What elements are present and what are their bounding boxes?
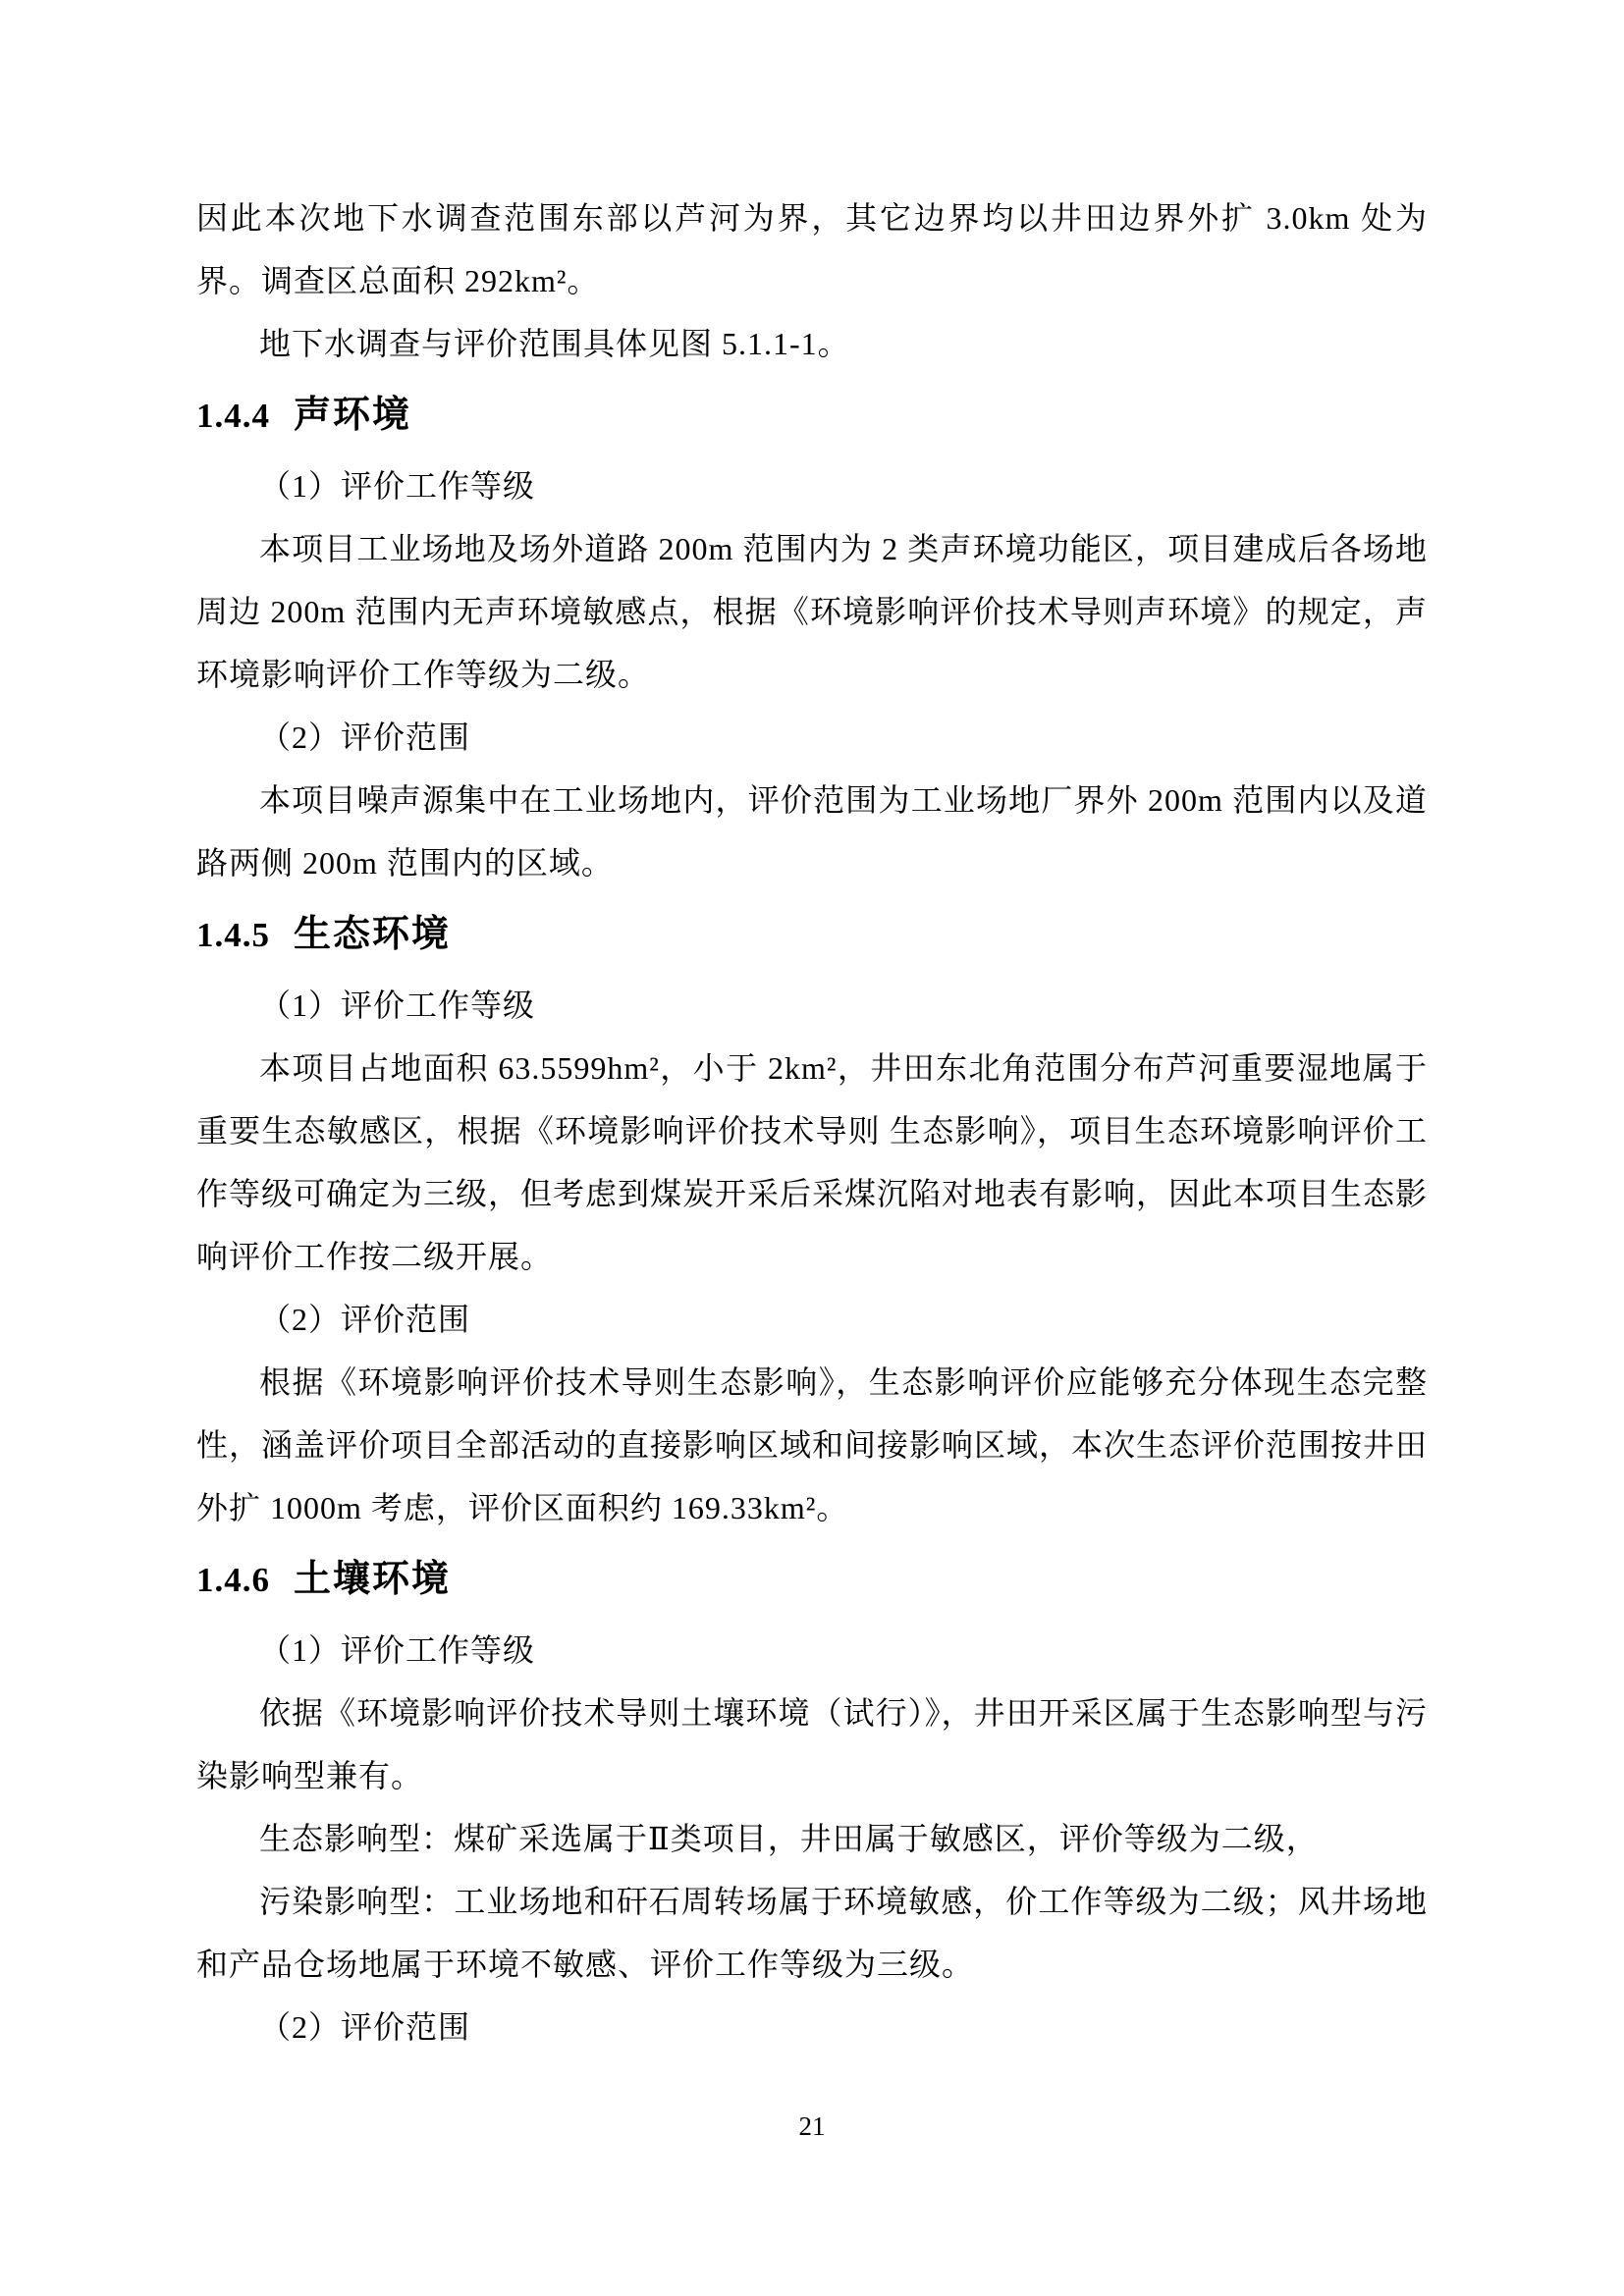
section-heading-1-4-6: 1.4.6土壤环境 bbox=[196, 1545, 1428, 1615]
paragraph-soil-ecology-type: 生态影响型：煤矿采选属于Ⅱ类项目，井田属于敏感区，评价等级为二级， bbox=[196, 1807, 1428, 1870]
section-heading-1-4-5: 1.4.5生态环境 bbox=[196, 900, 1428, 970]
paragraph-soil-pollution-type: 污染影响型：工业场地和矸石周转场属于环境敏感，价工作等级为二级；风井场地和产品仓… bbox=[196, 1870, 1428, 1996]
paragraph-groundwater-boundary: 因此本次地下水调查范围东部以芦河为界，其它边界均以井田边界外扩 3.0km 处为… bbox=[196, 187, 1428, 312]
paragraph-noise-scope-label: （2）评价范围 bbox=[196, 706, 1428, 769]
section-number: 1.4.5 bbox=[196, 916, 270, 954]
section-heading-1-4-4: 1.4.4声环境 bbox=[196, 381, 1428, 451]
section-number: 1.4.4 bbox=[196, 397, 270, 435]
paragraph-ecology-scope-label: （2）评价范围 bbox=[196, 1288, 1428, 1351]
paragraph-noise-grade-body: 本项目工业场地及场外道路 200m 范围内为 2 类声环境功能区，项目建成后各场… bbox=[196, 517, 1428, 706]
section-number: 1.4.6 bbox=[196, 1561, 270, 1599]
paragraph-soil-grade-label: （1）评价工作等级 bbox=[196, 1619, 1428, 1682]
section-title: 土壤环境 bbox=[294, 1559, 451, 1600]
paragraph-noise-grade-label: （1）评价工作等级 bbox=[196, 454, 1428, 517]
paragraph-soil-grade-body: 依据《环境影响评价技术导则土壤环境（试行）》，井田开采区属于生态影响型与污染影响… bbox=[196, 1682, 1428, 1807]
section-title: 生态环境 bbox=[294, 914, 451, 955]
paragraph-ecology-scope-body: 根据《环境影响评价技术导则生态影响》，生态影响评价应能够充分体现生态完整性，涵盖… bbox=[196, 1351, 1428, 1539]
paragraph-noise-scope-body: 本项目噪声源集中在工业场地内，评价范围为工业场地厂界外 200m 范围内以及道路… bbox=[196, 769, 1428, 894]
page-number: 21 bbox=[0, 2107, 1624, 2146]
paragraph-ecology-grade-label: （1）评价工作等级 bbox=[196, 974, 1428, 1037]
paragraph-ecology-grade-body: 本项目占地面积 63.5599hm²，小于 2km²，井田东北角范围分布芦河重要… bbox=[196, 1037, 1428, 1288]
section-title: 声环境 bbox=[294, 395, 411, 436]
paragraph-soil-scope-label: （2）评价范围 bbox=[196, 1996, 1428, 2058]
document-page: 因此本次地下水调查范围东部以芦河为界，其它边界均以井田边界外扩 3.0km 处为… bbox=[0, 0, 1624, 2296]
paragraph-groundwater-figure-ref: 地下水调查与评价范围具体见图 5.1.1-1。 bbox=[196, 312, 1428, 375]
document-body: 因此本次地下水调查范围东部以芦河为界，其它边界均以井田边界外扩 3.0km 处为… bbox=[196, 187, 1428, 2058]
